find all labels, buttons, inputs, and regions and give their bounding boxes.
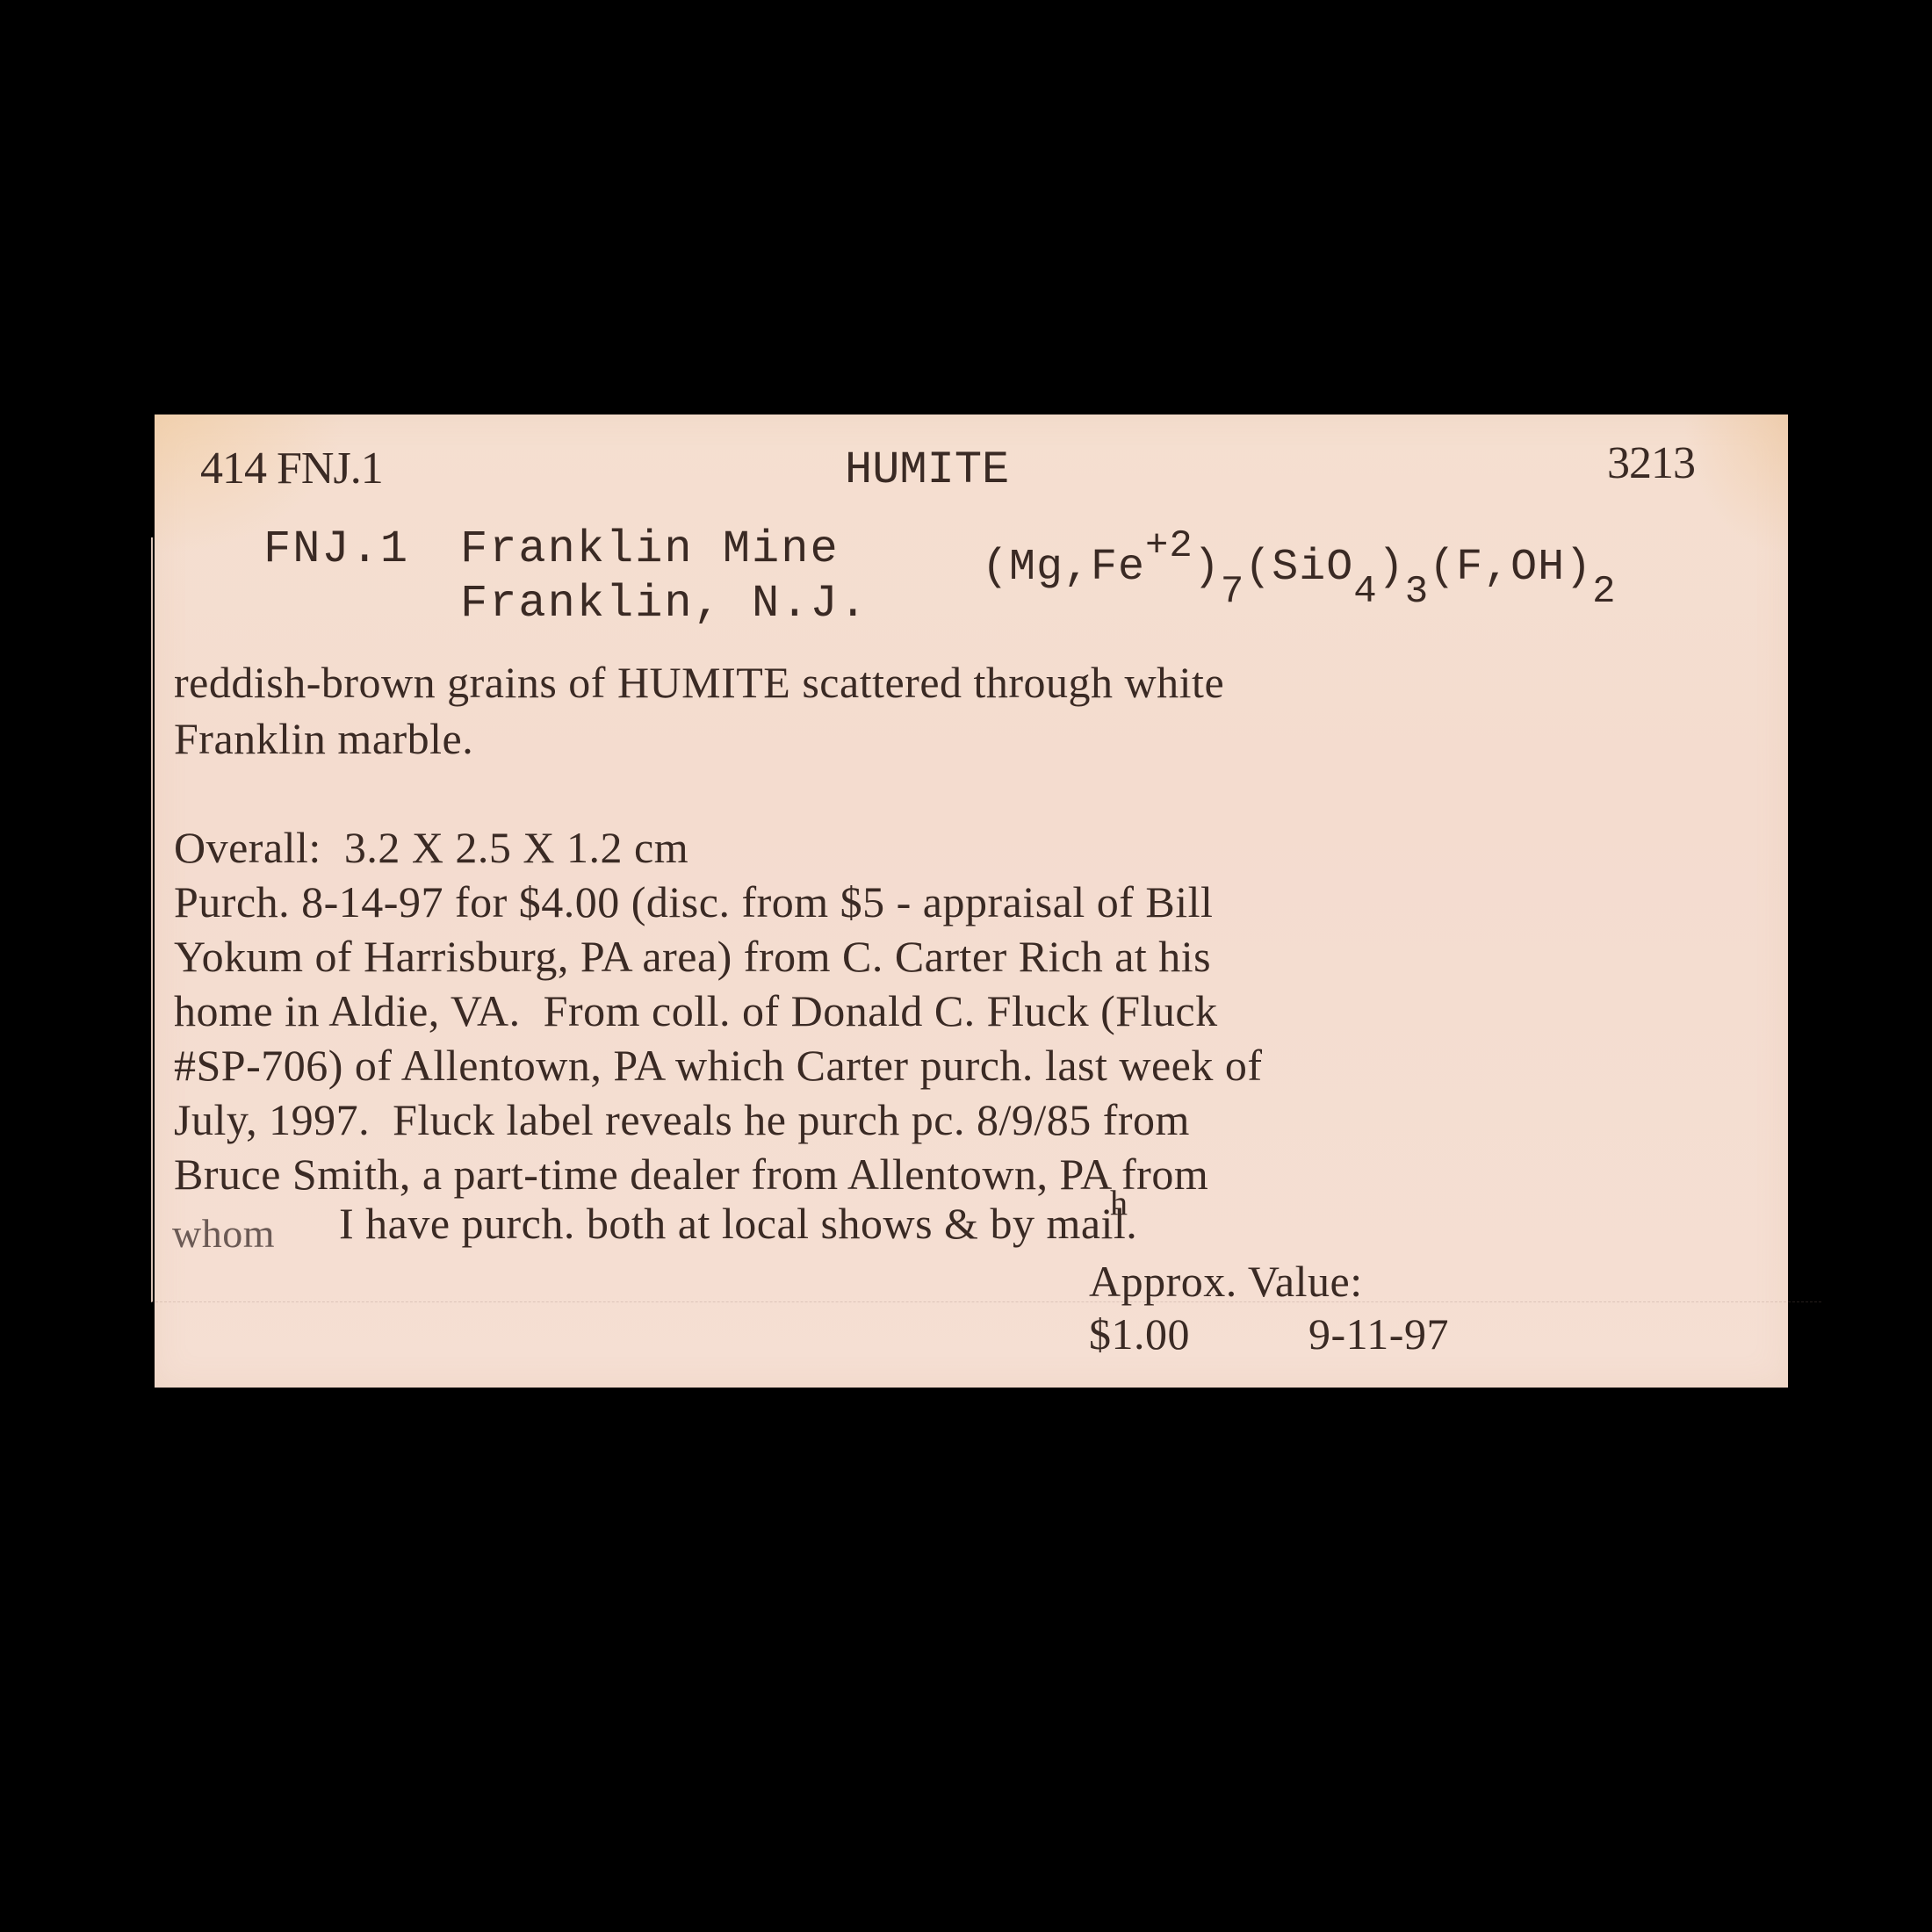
description-line: Franklin marble.	[174, 717, 473, 761]
formula-subscript: 2	[1592, 570, 1616, 614]
locality-town: Franklin, N.J.	[460, 581, 869, 627]
formula-subscript: 3	[1405, 570, 1429, 614]
approx-value-date: 9-11-97	[1308, 1312, 1449, 1356]
provenance-line: #SP-706) of Allentown, PA which Carter p…	[174, 1043, 1263, 1087]
formula-part: (F,OH)	[1429, 543, 1592, 593]
specimen-number: 3213	[1607, 441, 1695, 487]
description-line: reddish-brown grains of HUMITE scattered…	[174, 660, 1224, 704]
typed-correction-mark: h	[1110, 1186, 1127, 1221]
provenance-line: Yokum of Harrisburg, PA area) from C. Ca…	[174, 934, 1211, 978]
specimen-label-card: 414 FNJ.1 HUMITE 3213 FNJ.1 Franklin Min…	[155, 415, 1788, 1388]
formula-part: (SiO	[1244, 543, 1353, 593]
catalog-code: 414 FNJ.1	[200, 446, 383, 492]
formula-part: (Mg,Fe	[982, 543, 1145, 593]
provenance-line: Purch. 8-14-97 for $4.00 (disc. from $5 …	[174, 880, 1213, 924]
approx-value: $1.00	[1089, 1312, 1190, 1356]
dimensions: Overall: 3.2 X 2.5 X 1.2 cm	[174, 825, 688, 869]
provenance-line: I have purch. both at local shows & by m…	[339, 1201, 1137, 1245]
provenance-line-start: whom	[172, 1214, 275, 1254]
formula-superscript: +2	[1145, 524, 1193, 568]
provenance-line: home in Aldie, VA. From coll. of Donald …	[174, 989, 1218, 1033]
formula-part: )	[1378, 543, 1405, 593]
chemical-formula: (Mg,Fe+2)7(SiO4)3(F,OH)2	[982, 527, 1617, 611]
locality-code: FNJ.1	[263, 527, 409, 573]
locality-mine: Franklin Mine	[460, 527, 840, 573]
formula-subscript: 4	[1353, 570, 1377, 614]
mineral-name: HUMITE	[845, 448, 1009, 494]
provenance-line: Bruce Smith, a part-time dealer from All…	[174, 1152, 1208, 1196]
provenance-line: July, 1997. Fluck label reveals he purch…	[174, 1098, 1190, 1142]
formula-subscript: 7	[1221, 570, 1244, 614]
formula-part: )	[1193, 543, 1221, 593]
approx-value-label: Approx. Value:	[1089, 1259, 1363, 1303]
